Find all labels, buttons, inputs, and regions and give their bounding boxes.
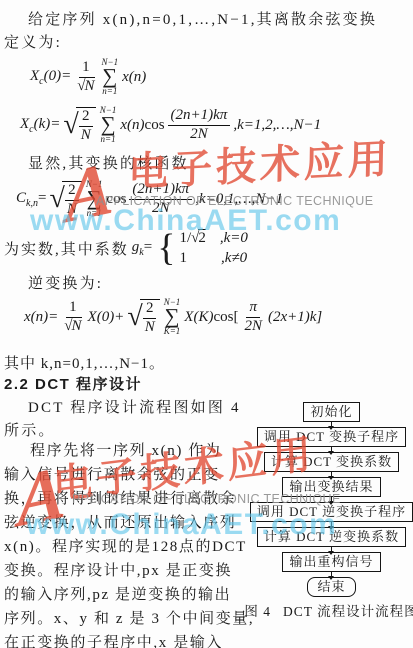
left-column-paragraph: 程序先将一序列 x(n) 作为 输入信号进行离散余弦的正变 换，再将得到的结果进… — [4, 439, 240, 648]
fraction-numerator: 1 — [79, 60, 93, 78]
paragraph-line: 显然,其变换的核函数 — [28, 152, 189, 173]
paragraph-line: x(n)。程序实现的是128点的DCT — [4, 535, 240, 559]
math-expr: gk= — [132, 239, 152, 258]
paragraph-line: 序列。x、y 和 z 是 3 个中间变量, — [4, 607, 240, 631]
sum-lower-limit: n=1 — [102, 87, 117, 96]
math-expr: Xc(0)= — [30, 68, 71, 87]
summation: N−1 ∑ n=1 — [102, 58, 119, 96]
fraction-numerator: 1 — [66, 300, 80, 318]
fraction-denominator: N — [64, 201, 80, 218]
math-operator: cos[ — [213, 309, 238, 325]
figure-caption: 图 4DCT 流程设计流程图 — [244, 600, 413, 620]
math-term: x(n) — [122, 69, 146, 86]
math-expr: Ck,n= — [16, 190, 46, 209]
fraction: π 2N — [241, 300, 265, 335]
fraction-numerator: (2n+1)kπ — [168, 108, 231, 126]
fraction-denominator: N — [78, 127, 94, 144]
formula-gk-coefficient: 为实数,其中系数 gk= { 1/√2 ,k=0 1 ,k≠0 — [4, 226, 248, 270]
down-arrow-icon — [331, 572, 332, 577]
sigma-symbol: ∑ — [87, 189, 102, 209]
left-brace: { — [157, 232, 175, 264]
paragraph-line: 其中 k,n=0,1,…,N−1。 — [4, 352, 165, 373]
flow-node-init: 初始化 — [303, 402, 359, 422]
formula-idct: x(n)= 1 √N X(0)+ √ 2 N N−1 ∑ K=1 X(K)cos… — [24, 294, 322, 340]
sum-lower-limit: n=1 — [101, 135, 116, 144]
fraction-denominator: 2N — [149, 200, 173, 217]
fraction-numerator: 2 — [143, 301, 157, 319]
document-page: 给定序列 x(n),n=0,1,…,N−1,其离散余弦变换 定义为: Xc(0)… — [0, 0, 413, 648]
case-row: 1/√2 ,k=0 — [179, 230, 247, 247]
case-value: 1 — [179, 250, 187, 267]
math-condition: ,k=0,1,…,N−1 — [195, 191, 283, 208]
math-operator: = — [144, 239, 152, 255]
fraction: 1 √N — [61, 300, 84, 335]
math-var: X — [20, 116, 29, 132]
case-row: 1 ,k≠0 — [179, 250, 247, 267]
fraction-denominator: N — [142, 319, 158, 336]
section-heading: 2.2 DCT 程序设计 — [4, 373, 142, 394]
sum-lower-limit: K=1 — [164, 327, 181, 336]
radicand: 2 N — [76, 107, 96, 144]
formula-dct-forward: Xc(k)= √ 2 N N−1 ∑ n=1 x(n)cos (2n+1)kπ … — [20, 102, 321, 148]
sum-lower-limit: n=1 — [87, 209, 102, 218]
down-arrow-icon — [331, 522, 332, 527]
paragraph-line: 所示。 — [4, 419, 56, 440]
math-arg: (0)= — [44, 68, 72, 84]
math-operator: = — [38, 190, 46, 206]
math-term: X(0)+ — [88, 309, 125, 326]
fraction: (2n+1)kπ 2N — [168, 108, 231, 143]
square-root: √ 2 N — [49, 181, 81, 218]
math-term: x(n) — [120, 117, 144, 133]
summation: N−1 ∑ K=1 — [164, 298, 181, 336]
down-arrow-icon — [331, 472, 332, 477]
case-condition: ,k=0 — [220, 230, 248, 247]
math-term: 1/ — [179, 230, 191, 246]
fraction: 2 N — [142, 301, 158, 336]
fraction-numerator: (2n+1)kπ — [129, 182, 192, 200]
down-arrow-icon — [331, 497, 332, 502]
case-value: 1/√2 — [179, 230, 205, 247]
paragraph-line: 换，再将得到的结果进行离散余 — [4, 487, 240, 511]
summation: N−1 ∑ n=1 — [86, 180, 103, 218]
fraction: (2n+1)kπ 2N — [129, 182, 192, 217]
math-expr: x(n)cos — [120, 117, 164, 134]
radicand: 2 N — [140, 299, 160, 336]
formula-dct-dc: Xc(0)= 1 √N N−1 ∑ n=1 x(n) — [30, 54, 146, 100]
paragraph-line: 变换。程序设计中,px 是正变换 — [4, 559, 240, 583]
paragraph-line: 的输入序列,pz 是逆变换的输出 — [4, 583, 240, 607]
paragraph-line: 定义为: — [4, 31, 62, 52]
fraction: 1 √N — [74, 60, 97, 95]
sigma-symbol: ∑ — [165, 307, 180, 327]
math-expr: X(K)cos[ — [184, 309, 238, 326]
paragraph-line: 为实数,其中系数 — [4, 238, 129, 259]
square-root: √ 2 N — [127, 299, 159, 336]
radicand: 2 N — [62, 181, 82, 218]
summation: N−1 ∑ n=1 — [100, 106, 117, 144]
math-arg: (k)= — [34, 116, 61, 132]
paragraph-line: 逆变换为: — [28, 272, 103, 293]
paragraph-line: 给定序列 x(n),n=0,1,…,N−1,其离散余弦变换 — [28, 8, 377, 29]
down-arrow-icon — [331, 547, 332, 552]
sigma-symbol: ∑ — [102, 67, 117, 87]
fraction-numerator: π — [246, 300, 260, 318]
math-operator: cos — [106, 191, 126, 208]
fraction-numerator: 2 — [65, 183, 79, 201]
figure-number: 图 4 — [244, 604, 271, 619]
paragraph-line: 在正变换的子程序中,x 是输入 — [4, 631, 240, 648]
radicand: 2 — [198, 229, 206, 246]
fraction-denominator: 2N — [241, 318, 265, 335]
radicand: N — [84, 77, 94, 94]
down-arrow-icon — [331, 447, 332, 452]
fraction-denominator: √N — [61, 318, 84, 335]
formula-kernel: Ck,n= √ 2 N N−1 ∑ n=1 cos (2n+1)kπ 2N ,k… — [16, 176, 283, 222]
fraction-denominator: √N — [74, 78, 97, 95]
fraction: 2 N — [64, 183, 80, 218]
paragraph-line: 弦逆变换，从而还原出输入序列 — [4, 511, 240, 535]
paragraph-line: 程序先将一序列 x(n) 作为 — [4, 439, 240, 463]
math-operator: cos — [145, 117, 165, 133]
math-var: X — [30, 68, 39, 84]
math-expr: x(n)= — [24, 309, 58, 326]
math-term: X(K) — [184, 309, 213, 325]
sigma-symbol: ∑ — [101, 115, 116, 135]
piecewise-cases: 1/√2 ,k=0 1 ,k≠0 — [179, 230, 247, 267]
fraction: 2 N — [78, 109, 94, 144]
paragraph-line: DCT 程序设计流程图如图 4 — [28, 396, 241, 417]
down-arrow-icon — [331, 422, 332, 427]
paragraph-line: 输入信号进行离散余弦的正变 — [4, 463, 240, 487]
math-term: (2x+1)k] — [268, 309, 322, 326]
square-root: √ 2 N — [63, 107, 95, 144]
math-subscript: k,n — [26, 198, 38, 209]
math-expr: Xc(k)= — [20, 116, 60, 135]
math-condition: ,k=1,2,…,N−1 — [233, 117, 321, 134]
radicand: N — [72, 317, 82, 334]
case-condition: ,k≠0 — [221, 250, 247, 267]
fraction-denominator: 2N — [187, 126, 211, 143]
math-var: C — [16, 190, 26, 206]
fraction-numerator: 2 — [79, 109, 93, 127]
figure-title: DCT 流程设计流程图 — [283, 604, 413, 619]
flowchart-figure4: 初始化 调用 DCT 变换子程序 计算 DCT 变换系数 输出变换结果 调用 D… — [250, 402, 413, 620]
